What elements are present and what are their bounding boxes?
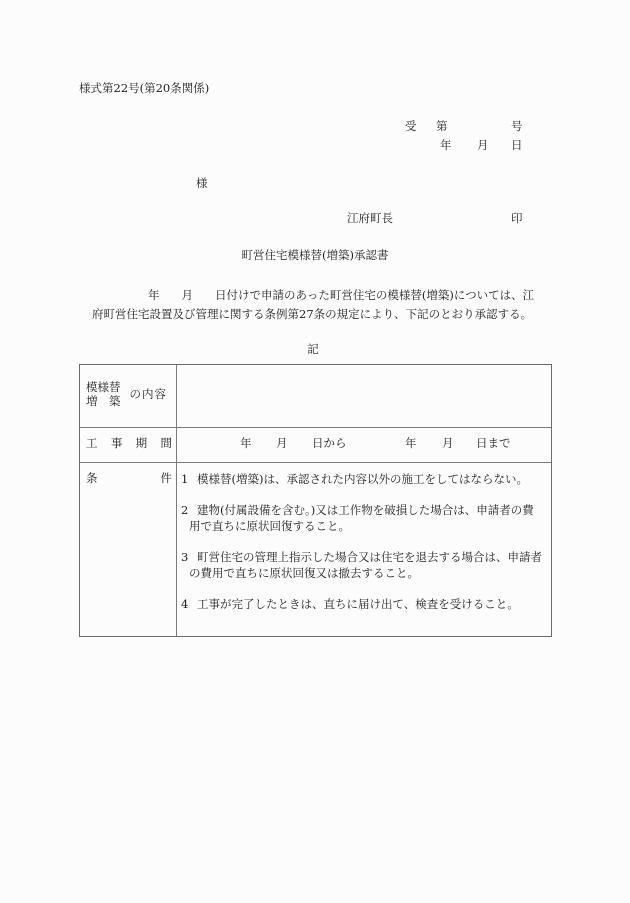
condition-item: 1模様替(増築)は、承認された内容以外の施工をしてはならない。: [181, 471, 547, 487]
row-divider: [80, 462, 551, 463]
to-year: 年: [405, 436, 417, 450]
row-divider: [80, 427, 551, 428]
condition-item: 2建物(付属設備を含む。)又は工作物を破損した場合は、申請者の費 用で直ちに原状…: [181, 502, 547, 534]
construction-period-label: 工 事 期 間: [86, 436, 172, 450]
statement-month: 月: [182, 288, 194, 302]
receipt-dai-label: 第: [436, 119, 448, 133]
statement-line1: 日付けで申請のあった町営住宅の模様替(増築)については、江: [215, 288, 534, 302]
approval-statement: 年月日付けで申請のあった町営住宅の模様替(増築)については、江 府町営住宅設置及…: [86, 286, 550, 324]
receipt-label: 受: [405, 119, 417, 133]
conditions-label: 条 件: [86, 471, 172, 485]
column-divider: [176, 365, 177, 636]
content-label: 模様替 増 築 の内容: [86, 380, 167, 408]
statement-line2: 府町営住宅設置及び管理に関する条例第27条の規定により、下記のとおり承認する。: [86, 305, 550, 324]
from-day: 日から: [312, 436, 347, 450]
issuer-name: 江府町長: [347, 211, 393, 225]
date-day-label: 日: [511, 138, 523, 152]
to-month: 月: [442, 436, 454, 450]
date-month-label: 月: [477, 138, 489, 152]
content-label-bottom: 増 築: [86, 394, 121, 408]
date-year-label: 年: [440, 138, 452, 152]
to-day: 日まで: [476, 436, 511, 450]
form-number: 様式第22号(第20条関係): [79, 81, 209, 95]
ki-heading: 記: [0, 342, 626, 356]
seal-mark: 印: [511, 211, 523, 225]
addressee-suffix: 様: [196, 176, 208, 190]
condition-item: 4工事が完了したときは、直ちに届け出て、検査を受けること。: [181, 596, 547, 612]
statement-year: 年: [148, 288, 160, 302]
content-label-top: 模様替: [86, 380, 121, 394]
approval-table: 模様替 増 築 の内容 工 事 期 間 年 月 日から 年 月 日まで 条 件 …: [79, 364, 552, 637]
condition-item: 3町営住宅の管理上指示した場合又は住宅を退去する場合は、申請者 の費用で直ちに原…: [181, 549, 547, 581]
content-label-suffix: の内容: [130, 387, 168, 401]
document-title: 町営住宅模様替(増築)承認書: [0, 248, 630, 262]
from-year: 年: [240, 436, 252, 450]
from-month: 月: [276, 436, 288, 450]
conditions-list: 1模様替(増築)は、承認された内容以外の施工をしてはならない。 2建物(付属設備…: [181, 471, 547, 627]
receipt-go-label: 号: [511, 119, 523, 133]
